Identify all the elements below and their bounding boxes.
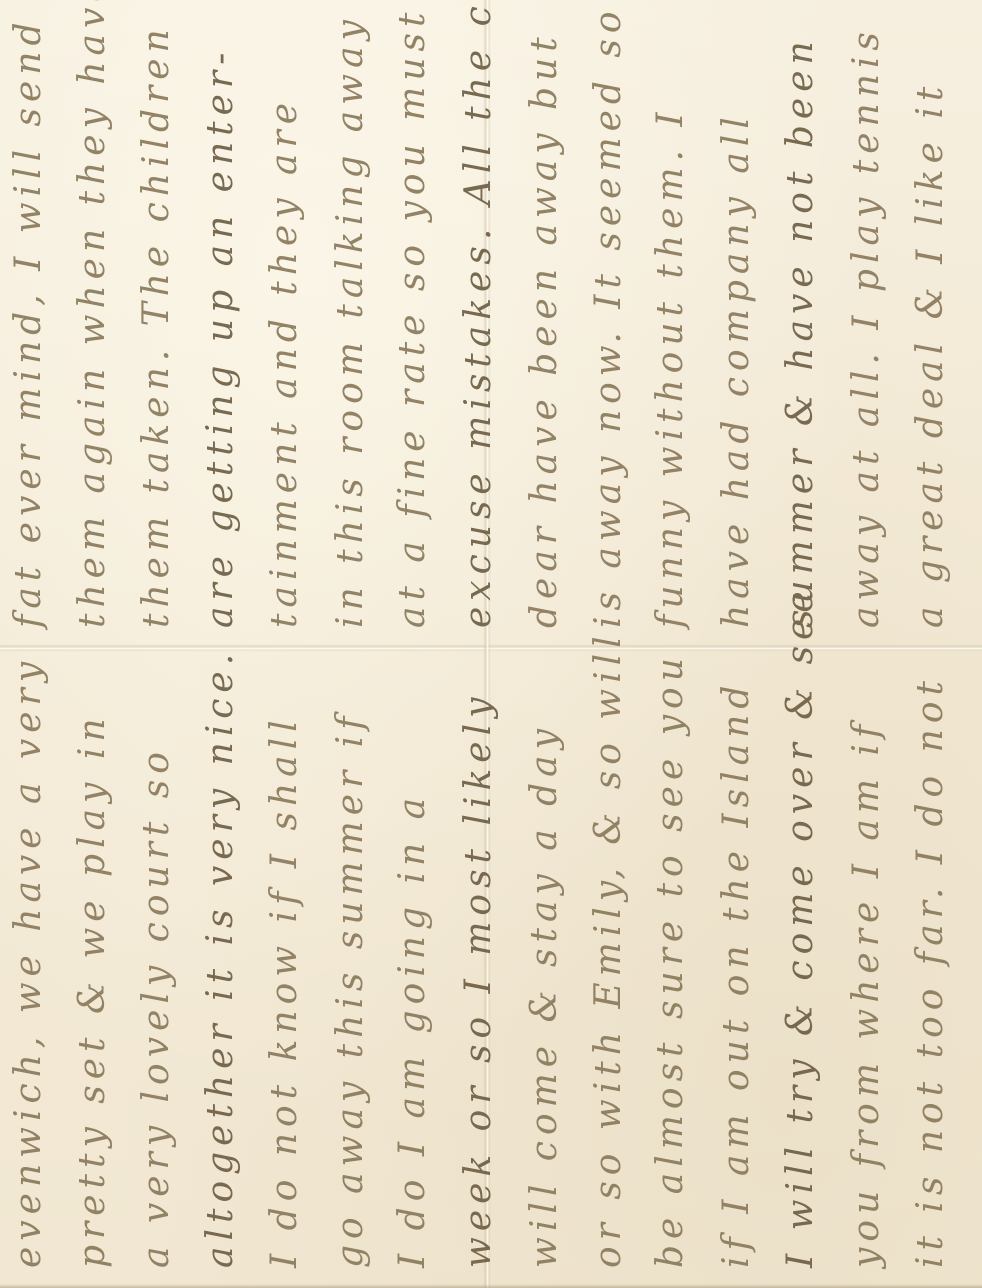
line-right-half: summer & have not been: [780, 35, 821, 628]
line-left-half: or so with Emily, & so will: [588, 630, 629, 1268]
line-right-half: a great deal & I like it: [910, 81, 951, 628]
line-left-half: pretty set & we play in: [72, 712, 113, 1268]
letter-line: be almost sure to see you funny without …: [650, 0, 690, 1288]
letter-line: I will try & come over & see summer & ha…: [780, 0, 820, 1288]
line-left-half: week or so I most likely: [458, 692, 499, 1268]
line-right-half: tainment and they are: [264, 97, 305, 628]
line-right-half: dear have been away but: [524, 31, 565, 628]
letter-line: if I am out on the Island have had compa…: [716, 0, 756, 1288]
line-left-half: will come & stay a day: [524, 723, 565, 1268]
letter-line: altogether it is very nice. are getting …: [200, 0, 240, 1288]
line-left-half: go away this summer if: [330, 711, 371, 1269]
line-right-half: in this room talking away: [330, 14, 371, 628]
line-right-half: have had company all: [716, 111, 757, 628]
line-right-half: away at all. I play tennis: [846, 26, 887, 628]
letter-line: it is not too far. I do not a great deal…: [910, 0, 950, 1288]
handwritten-text-block: evenwich, we have a very fat ever mind, …: [0, 0, 982, 1288]
line-left-half: I do I am going in a: [392, 792, 433, 1268]
letter-line: evenwich, we have a very fat ever mind, …: [8, 0, 48, 1288]
line-left-half: a very lovely court so: [136, 746, 177, 1268]
letter-line: will come & stay a day dear have been aw…: [524, 0, 564, 1288]
line-left-half: I will try & come over & see: [780, 585, 821, 1268]
letter-line: I do I am going in a at a fine rate so y…: [392, 0, 432, 1288]
line-left-half: be almost sure to see you: [650, 652, 691, 1268]
line-right-half: funny without them. I: [650, 106, 691, 628]
letter-line: a very lovely court so them taken. The c…: [136, 0, 176, 1288]
line-right-half: them again when they have: [72, 0, 113, 628]
line-left-half: I do not know if I shall: [264, 714, 305, 1268]
letter-line: I do not know if I shall tainment and th…: [264, 0, 304, 1288]
line-right-half: are getting up an enter-: [200, 47, 241, 628]
line-left-half: if I am out on the Island: [716, 680, 757, 1268]
letter-page: evenwich, we have a very fat ever mind, …: [0, 0, 982, 1288]
line-right-half: fat ever mind, I will send: [8, 16, 49, 628]
line-right-half: is away now. It seemed so: [588, 5, 629, 628]
line-right-half: at a fine rate so you must: [392, 7, 433, 628]
line-left-half: it is not too far. I do not: [910, 675, 951, 1268]
letter-line: you from where I am if away at all. I pl…: [846, 0, 886, 1288]
line-left-half: evenwich, we have a very: [8, 656, 49, 1268]
letter-line: week or so I most likely excuse mistakes…: [458, 0, 498, 1288]
line-left-half: you from where I am if: [846, 719, 887, 1268]
letter-line: or so with Emily, & so will is away now.…: [588, 0, 628, 1288]
line-left-half: altogether it is very nice.: [200, 648, 241, 1268]
letter-line: pretty set & we play in them again when …: [72, 0, 112, 1288]
line-right-half: excuse mistakes. All the children: [458, 0, 499, 628]
letter-line: go away this summer if in this room talk…: [330, 0, 370, 1288]
line-right-half: them taken. The children: [136, 23, 177, 628]
